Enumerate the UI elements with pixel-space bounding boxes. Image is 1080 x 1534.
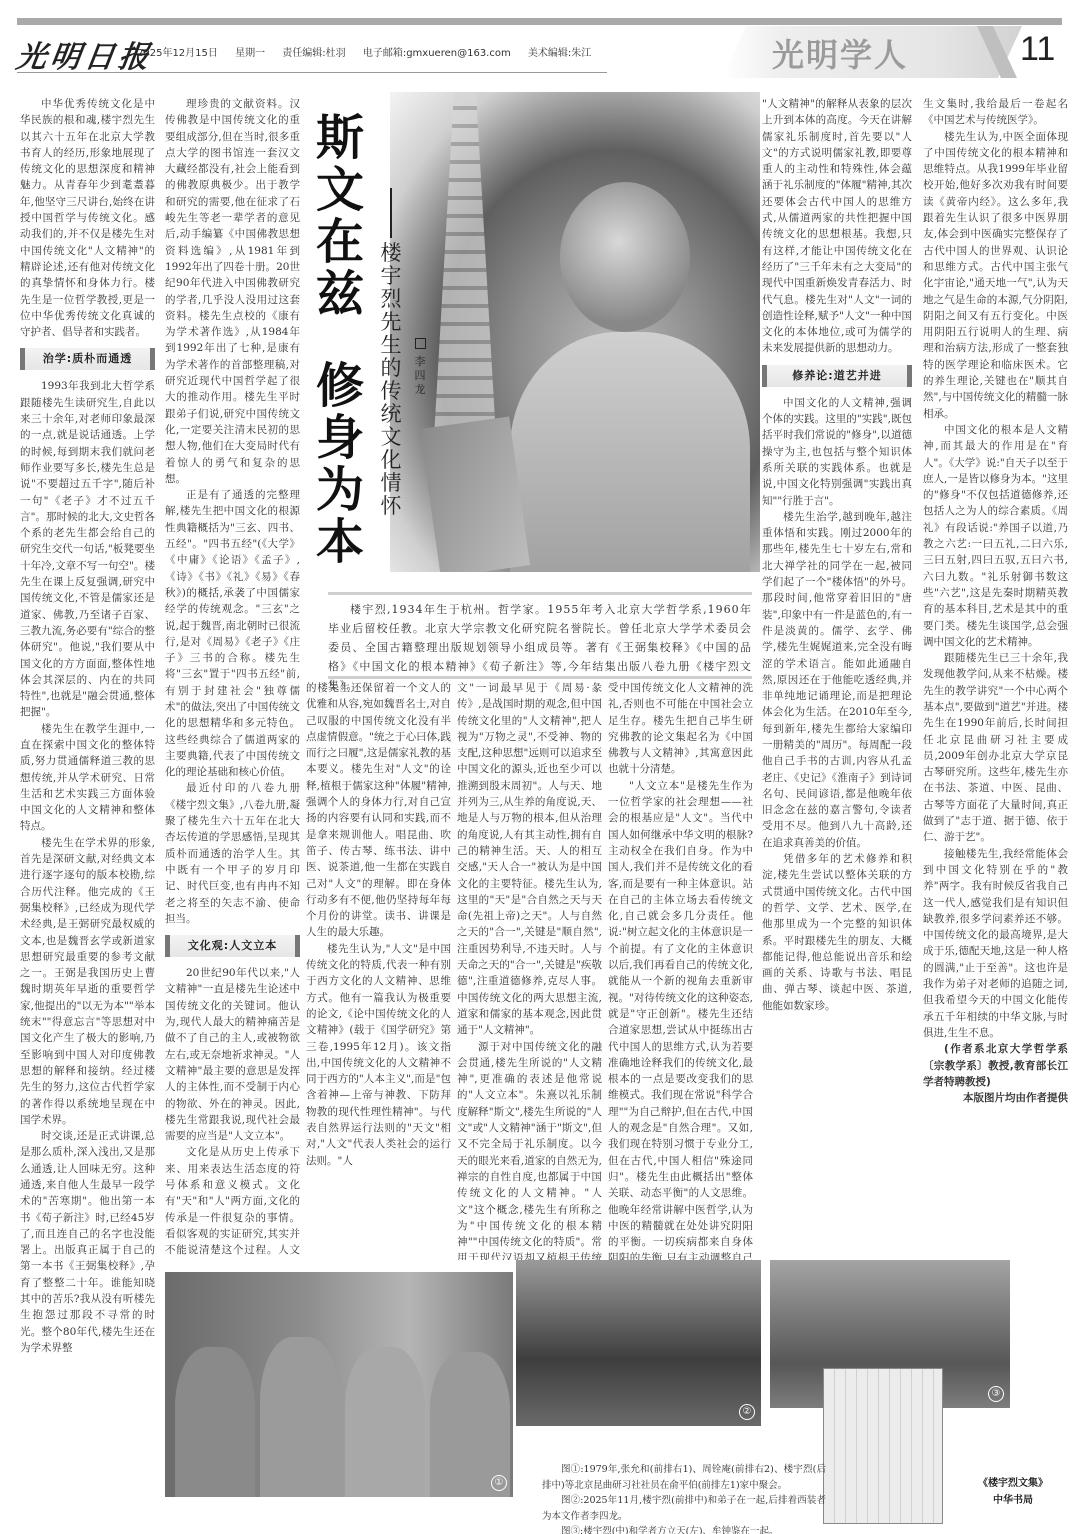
article-column-4: 文"一词最早见于《周易·彖传》,是战国时期的观念,但中国传统文化里的"人文精神"…	[457, 680, 602, 1260]
article-column-1: 中华优秀传统文化是中华民族的根和魂,楼宇烈先生以其六十五年在北京大学教书育人的经…	[20, 96, 155, 1516]
paragraph: 凭借多年的艺术修养和积淀,楼先生尝试以整体关联的方式贯通中国传统文化。古代中国的…	[762, 851, 912, 1014]
caption-3: 图③:楼宇烈(中)和学者方立天(左)、牟钟鉴在一起。	[542, 1524, 826, 1534]
subhead-cultivation: 修养论:道艺并进	[762, 365, 912, 387]
subhead-scholarship: 治学:质朴而通透	[20, 348, 155, 370]
editor-email[interactable]: 电子邮箱:gmxueren@163.com	[363, 48, 511, 59]
newspaper-logo: 光明日报	[14, 32, 156, 76]
article-column-3: 的楼先生还保留着一个文人的优雅和从容,宛如魏晋名士,对自己叹服的中国传统文化没有…	[306, 680, 451, 1260]
author-name: 李四龙	[415, 355, 426, 396]
responsible-editor: 责任编辑:杜羽	[282, 48, 345, 59]
paragraph: 中国文化的人文精神,强调个体的实践。这里的"实践",既包括平时我们常说的"修身"…	[762, 395, 912, 509]
paragraph: 文"一词最早见于《周易·彖传》,是战国时期的观念,但中国传统文化里的"人文精神"…	[457, 680, 602, 1039]
portrait-photo	[390, 92, 760, 572]
paragraph: 20世纪90年代以来,"人文精神"一直是楼先生论述中国传统文化的关键词。他认为,…	[165, 965, 300, 1144]
headline-char: 文	[313, 164, 367, 216]
paragraph: 楼先生治学,越到晚年,越注重体悟和实践。刚过2000年的那些年,楼先生七十岁左右…	[762, 509, 912, 851]
photo-2025-disciples: ②	[516, 1260, 761, 1426]
article-column-2: 理珍贵的文献资料。汉传佛教是中国传统文化的重要组成部分,但在当时,很多重点大学的…	[165, 96, 300, 1256]
paragraph: 文化是从历史上传承下来、用来表达生活态度的符号体系和意义模式。文化有"天"和"人…	[165, 1144, 300, 1256]
book-title: 《楼宇烈文集》	[968, 1475, 1058, 1492]
headline-char: 为	[313, 464, 367, 516]
photo-credit: 本版图片均由作者提供	[923, 1090, 1068, 1106]
masthead-rule	[17, 18, 1062, 25]
book-caption: 《楼宇烈文集》 中华书局	[968, 1475, 1058, 1509]
page-number: 11	[1020, 30, 1055, 69]
paragraph: "人文立本"是楼先生作为一位哲学家的社会理想——社会的根基应是"人文"。当代中国…	[608, 778, 753, 1260]
paragraph: 最近付印的八卷九册《楼宇烈文集》,八卷九册,凝聚了楼先生六十五年在北大杏坛传道的…	[165, 780, 300, 927]
header-divider	[17, 72, 607, 73]
book-publisher: 中华书局	[968, 1492, 1058, 1509]
em-dash	[390, 188, 392, 238]
headline-char: 兹	[313, 268, 367, 320]
pagoda-background	[410, 92, 520, 472]
byline: 李四龙	[412, 338, 428, 397]
article-column-6: "人文精神"的解释从表象的层次上升到本体的高度。今天在讲解儒家礼乐制度时,首先要…	[762, 96, 912, 1246]
paragraph: 中国文化的根本是人文精神,而其最大的作用是在"育人"。《大学》说:"自天子以至于…	[923, 422, 1068, 650]
paragraph: 接触楼先生,我经常能体会到中国文化特别在乎的"教养"两字。我有时候反省我自己这一…	[923, 846, 1068, 1042]
paragraph: 1993年我到北大哲学系跟随楼先生读研究生,自此以来三十余年,对老师印象最深的一…	[20, 378, 155, 720]
portrait-figure	[510, 332, 750, 572]
section-banner: 光明学人	[722, 26, 1052, 78]
headline-char: 修	[313, 360, 367, 412]
paragraph: 楼先生认为,"人文"是中国传统文化的特质,代表一种有别于西方文化的人文精神、思维…	[306, 941, 451, 1169]
section-title: 光明学人	[772, 30, 908, 76]
photo-number-badge: ①	[491, 1475, 507, 1491]
photo-number-badge: ②	[739, 1404, 755, 1420]
headline-char: 身	[313, 412, 367, 464]
article-column-7: 生文集时,我给最后一卷起名《中国艺术与传统医学》。 楼先生认为,中医全面体现了中…	[923, 96, 1068, 1246]
subhead-culture: 文化观:人文立本	[165, 935, 300, 957]
paragraph: 楼先生在学术界的形象,首先是深研文献,对经典文本进行逐字逐句的版本校勘,综合历代…	[20, 835, 155, 1128]
portrait-face	[560, 182, 690, 332]
issue-meta: 2025年12月15日 星期一 责任编辑:杜羽 电子邮箱:gmxueren@16…	[137, 44, 605, 59]
byline-box-icon	[415, 338, 426, 349]
paragraph: 的楼先生还保留着一个文人的优雅和从容,宛如魏晋名士,对自己叹服的中国传统文化没有…	[306, 680, 451, 941]
paragraph: "人文精神"的解释从表象的层次上升到本体的高度。今天在讲解儒家礼乐制度时,首先要…	[762, 96, 912, 357]
paragraph: 时交谈,还是正式讲课,总是那么质朴,深入浅出,又是那么通透,让人回味无穷。这种通…	[20, 1128, 155, 1356]
headline-char: 本	[313, 516, 367, 568]
issue-date: 2025年12月15日	[137, 48, 218, 59]
caption-1: 图①:1979年,张允和(前排右1)、周铨庵(前排右2)、楼宇烈(后排中)等北京…	[542, 1462, 826, 1493]
paragraph: 楼先生认为,中医全面体现了中国传统文化的根本精神和思维特点。从我1999年毕业留…	[923, 129, 1068, 422]
subtitle-text: 楼宇烈先生的传统文化情怀	[381, 241, 402, 518]
paragraph: 源于对中国传统文化的融会贯通,楼先生所说的"人文精神",更准确的表述是他常说的"…	[457, 1039, 602, 1260]
subtitle: 楼宇烈先生的传统文化情怀	[378, 188, 404, 518]
paragraph: 受中国传统文化人文精神的洗礼,否则也不可能在中国社会立足生存。楼先生把自己毕生研…	[608, 680, 753, 778]
author-affiliation: (作者系北京大学哲学系〔宗教学系〕教授,教育部长江学者特聘教授)	[923, 1041, 1068, 1090]
photo-number-badge: ③	[988, 1386, 1004, 1402]
headline: 斯 文 在 兹 修 身 为 本	[313, 112, 367, 568]
photo-1979-gathering: ①	[165, 1272, 513, 1497]
headline-char: 在	[313, 216, 367, 268]
caption-2: 图②:2025年11月,楼宇烈(前排中)和弟子在一起,后排着西装者为本文作者李四…	[542, 1493, 826, 1524]
photo-captions: 图①:1979年,张允和(前排右1)、周铨庵(前排右2)、楼宇烈(后排中)等北京…	[542, 1462, 826, 1534]
paragraph: 理珍贵的文献资料。汉传佛教是中国传统文化的重要组成部分,但在当时,很多重点大学的…	[165, 96, 300, 487]
bio-divider-top	[328, 592, 752, 595]
paragraph: 生文集时,我给最后一卷起名《中国艺术与传统医学》。	[923, 96, 1068, 129]
headline-char: 斯	[313, 112, 367, 164]
paragraph: 中华优秀传统文化是中华民族的根和魂,楼宇烈先生以其六十五年在北京大学教书育人的经…	[20, 96, 155, 340]
book-set-image	[823, 1368, 943, 1524]
paragraph: 正是有了通透的完整理解,楼先生把中国文化的根源性典籍概括为"三玄、四书、五经"。…	[165, 487, 300, 780]
issue-weekday: 星期一	[235, 48, 265, 59]
paragraph: 跟随楼先生已三十余年,我发现他教学问,从来不枯燥。楼先生的教学讲究"一个中心两个…	[923, 650, 1068, 846]
paragraph: 楼先生在教学生涯中,一直在探索中国文化的整体特质,努力贯通儒释道三教的思想传统,…	[20, 721, 155, 835]
art-editor: 美术编辑:朱江	[528, 48, 591, 59]
article-column-5: 受中国传统文化人文精神的洗礼,否则也不可能在中国社会立足生存。楼先生把自己毕生研…	[608, 680, 753, 1260]
bio-divider-bottom	[328, 676, 752, 679]
